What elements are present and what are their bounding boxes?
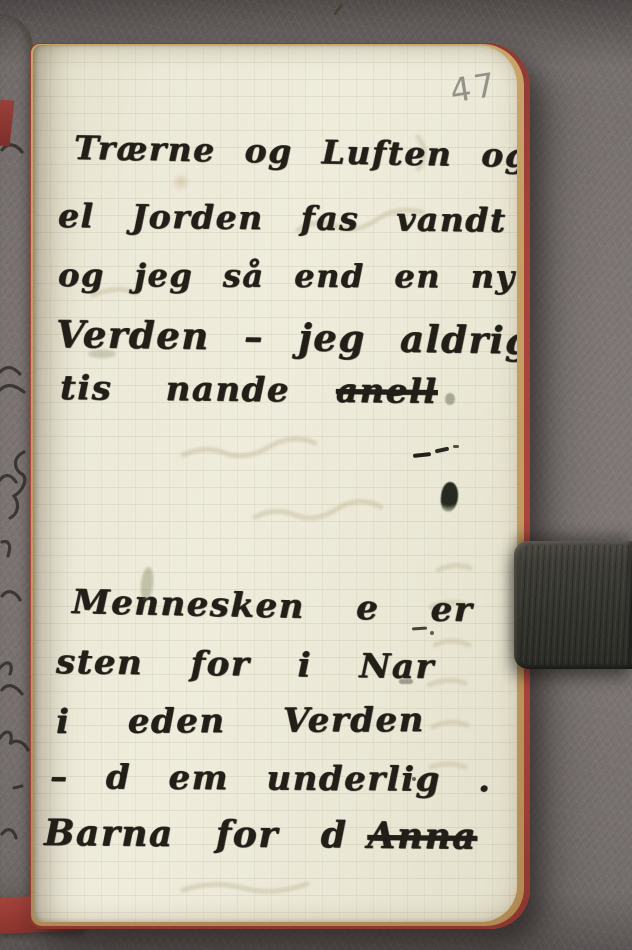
manuscript-line: el Jorden fas vandt: [58, 196, 507, 240]
struck-out-word: Anna: [367, 815, 477, 858]
ink-speck: [399, 679, 413, 684]
manuscript-line: Mennesken e er: [72, 582, 474, 630]
manuscript-line: – d em underlig .: [50, 757, 492, 800]
manuscript-line: Barna for dAnna: [44, 812, 477, 858]
struck-out-word: anell: [336, 371, 438, 412]
manuscript-line: sten for i Nar: [56, 642, 435, 687]
ink-mark: [445, 393, 455, 405]
manuscript-line: i eden Verden: [56, 700, 425, 742]
manuscript-line: og jeg så end en ny: [58, 256, 516, 296]
notebook-photo: 47 Trærne og Luften og el Jorden fas van…: [0, 0, 632, 950]
notebook-page: 47 Trærne og Luften og el Jorden fas van…: [33, 45, 517, 922]
manuscript-line: Verden – jeg aldrig: [56, 312, 517, 363]
strap-rib-texture: [520, 545, 632, 665]
ink-speck: [430, 631, 434, 635]
ink-speck: [453, 445, 459, 448]
ink-speck: [412, 777, 416, 781]
page-number: 47: [447, 64, 501, 110]
paper-stain: [171, 173, 191, 191]
elastic-closure-strap: [514, 541, 632, 669]
manuscript-line: tis nandeanell: [60, 368, 438, 412]
manuscript-line: Trærne og Luften og: [74, 128, 517, 175]
ink-smear: [88, 350, 116, 358]
